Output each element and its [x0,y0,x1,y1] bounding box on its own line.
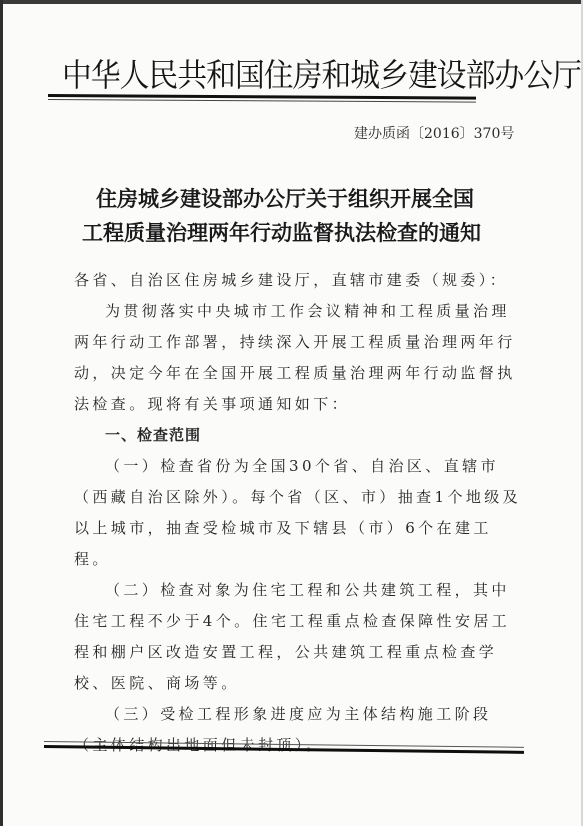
scope-item-2: （二）检查对象为住宅工程和公共建筑工程，其中住宅工程不少于4个。住宅工程重点检查… [74,575,524,699]
scan-border-left [0,0,3,826]
scan-border-top [0,0,583,4]
title-line-1: 住房城乡建设部办公厅关于组织开展全国 [96,182,516,216]
addressee: 各省、自治区住房城乡建设厅，直辖市建委（规委）： [74,265,524,296]
letterhead-rule-thin [48,99,476,103]
document-title: 住房城乡建设部办公厅关于组织开展全国 工程质量治理两年行动监督执法检查的通知 [96,182,516,250]
scope-item-1: （一）检查省份为全国30个省、自治区、直辖市（西藏自治区除外）。每个省（区、市）… [74,451,524,575]
document-number: 建办质函〔2016〕370号 [354,123,514,143]
intro-paragraph: 为贯彻落实中央城市工作会议精神和工程质量治理两年行动工作部署，持续深入开展工程质… [74,296,524,420]
document-body: 各省、自治区住房城乡建设厅，直辖市建委（规委）： 为贯彻落实中央城市工作会议精神… [74,265,524,761]
section-heading-scope: 一、检查范围 [74,420,524,451]
title-line-2: 工程质量治理两年行动监督执法检查的通知 [82,216,516,250]
letterhead-issuer: 中华人民共和国住房和城乡建设部办公厅 [62,50,453,96]
